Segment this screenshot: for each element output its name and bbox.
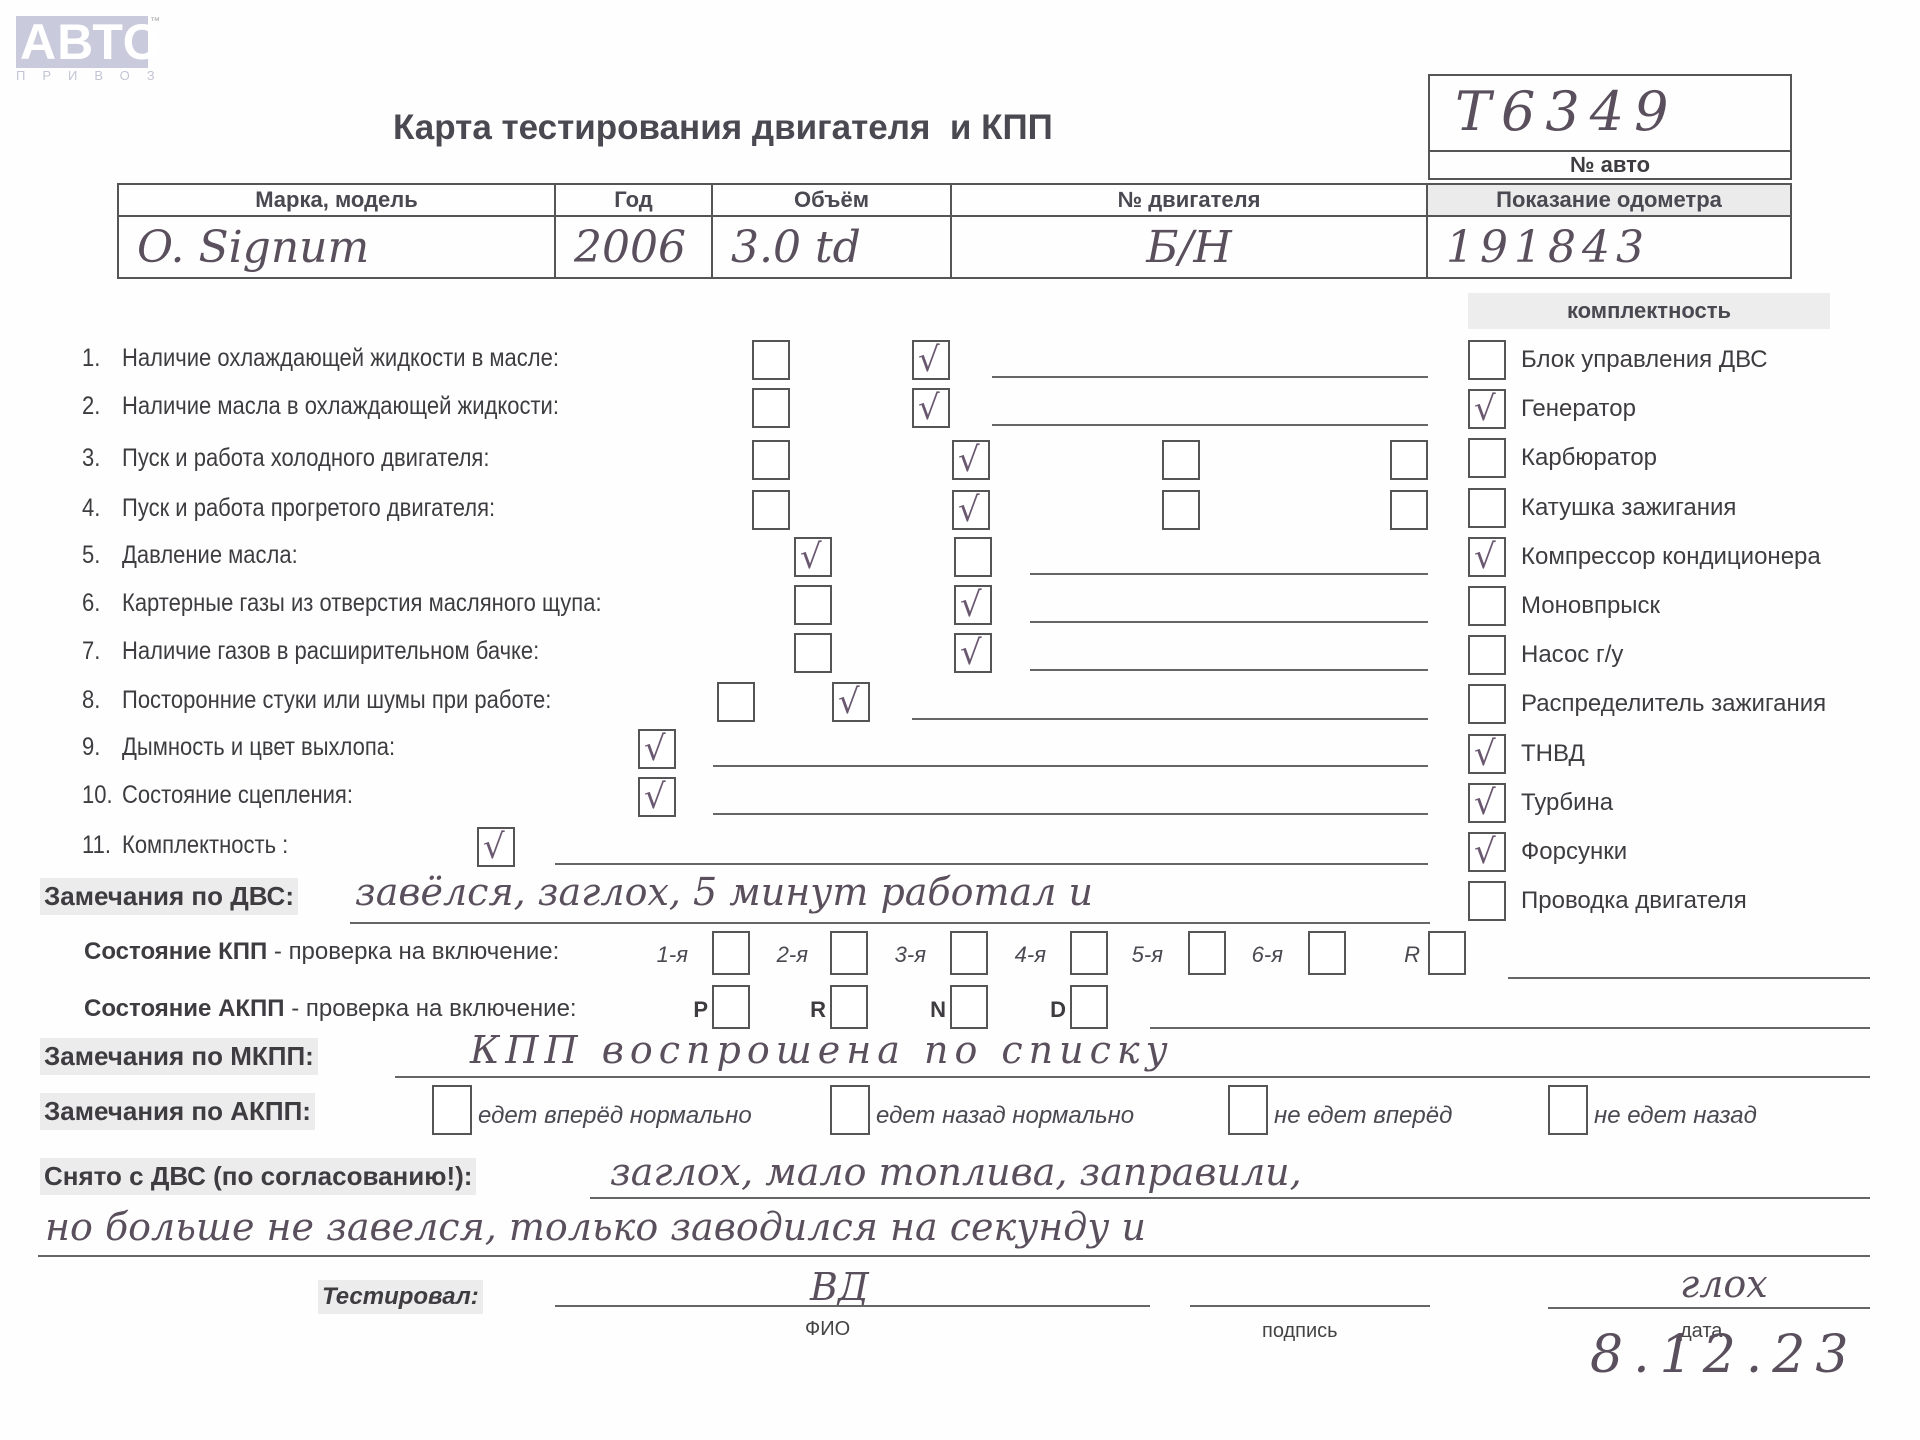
completeness-checkbox[interactable] [1468, 586, 1506, 626]
model-value: O. Signum [119, 222, 554, 273]
notes-line [713, 813, 1428, 815]
gear-checkbox[interactable] [712, 931, 750, 975]
remarks-manual-value[interactable]: КПП воспрошена по списку [470, 1028, 1174, 1072]
checklist-number: 2. [82, 392, 100, 421]
option-checkbox[interactable] [1162, 490, 1200, 530]
removed-line2-rule [38, 1255, 1870, 1257]
checklist-number: 11. [82, 831, 111, 860]
tester-date-value[interactable]: 8.12.23 [1590, 1325, 1858, 1385]
option-checkbox[interactable] [752, 340, 790, 380]
year-field[interactable]: 2006 [555, 216, 712, 278]
option-checkbox[interactable] [1390, 440, 1428, 480]
volume-field[interactable]: 3.0 td [712, 216, 951, 278]
completeness-checkbox[interactable] [1468, 389, 1506, 429]
completeness-label: Карбюратор [1521, 444, 1657, 472]
checklist-number: 8. [82, 686, 100, 715]
option-checkbox[interactable] [1162, 440, 1200, 480]
auto-remark-checkbox[interactable] [1228, 1085, 1268, 1135]
checklist-question: Картерные газы из отверстия масляного щу… [122, 589, 602, 618]
option-checkbox[interactable] [954, 585, 992, 625]
auto-remark-label: едет вперёд нормально [478, 1102, 752, 1130]
page-title: Карта тестирования двигателя и КПП [393, 108, 1053, 148]
checklist-question: Состояние сцепления: [122, 781, 353, 810]
removed-line1[interactable]: заглох, мало топлива, заправили, [610, 1150, 1302, 1194]
option-checkbox[interactable] [477, 827, 515, 867]
auto-gearbox-check-label: Состояние АКПП - проверка на включение: [84, 995, 577, 1023]
checklist-number: 3. [82, 444, 100, 473]
auto-remark-checkbox[interactable] [1548, 1085, 1588, 1135]
notes-line [555, 863, 1428, 865]
completeness-label: Моновпрыск [1521, 592, 1660, 620]
completeness-label: Насос г/у [1521, 641, 1623, 669]
checklist-question: Посторонние стуки или шумы при работе: [122, 686, 551, 715]
checklist-number: 5. [82, 541, 100, 570]
manual-gearbox-line [1508, 977, 1870, 979]
remarks-engine-line [350, 922, 1430, 924]
position-label: P [693, 997, 708, 1023]
checklist-question: Пуск и работа холодного двигателя: [122, 444, 489, 473]
checklist-number: 4. [82, 494, 100, 523]
tester-signature-line [1190, 1305, 1430, 1307]
option-checkbox[interactable] [638, 777, 676, 817]
gear-label: 5-я [1132, 942, 1163, 968]
gear-label: 3-я [895, 942, 926, 968]
checklist-number: 1. [82, 344, 100, 373]
completeness-checkbox[interactable] [1468, 537, 1506, 577]
gear-checkbox[interactable] [1308, 931, 1346, 975]
gear-label: R [1404, 942, 1420, 968]
removed-line3[interactable]: глох [1680, 1262, 1768, 1306]
volume-value: 3.0 td [713, 222, 950, 273]
gear-checkbox[interactable] [950, 931, 988, 975]
gear-checkbox[interactable] [830, 931, 868, 975]
gear-label: 6-я [1252, 942, 1283, 968]
column-header-year: Год [555, 184, 712, 216]
notes-line [1030, 669, 1428, 671]
notes-line [992, 424, 1428, 426]
option-checkbox[interactable] [952, 440, 990, 480]
completeness-checkbox[interactable] [1468, 684, 1506, 724]
engine-number-field[interactable]: Б/Н [951, 216, 1427, 278]
remarks-auto-label: Замечания по АКПП: [40, 1093, 315, 1130]
position-checkbox[interactable] [1070, 985, 1108, 1029]
removed-line1-rule [590, 1197, 1870, 1199]
completeness-checkbox[interactable] [1468, 340, 1506, 380]
position-label: N [930, 997, 946, 1023]
removed-label: Снято с ДВС (по согласованию!): [40, 1158, 476, 1195]
tester-fio-label: ФИО [805, 1318, 850, 1341]
odometer-value: 191843 [1428, 222, 1790, 273]
completeness-checkbox[interactable] [1468, 881, 1506, 921]
notes-line [992, 376, 1428, 378]
completeness-label: Блок управления ДВС [1521, 346, 1768, 374]
logo-subtitle: ПРИВОЗ [16, 68, 172, 83]
checklist-number: 9. [82, 733, 100, 762]
logo-trademark: ™ [150, 16, 160, 27]
auto-remark-label: едет назад нормально [876, 1102, 1134, 1130]
completeness-checkbox[interactable] [1468, 488, 1506, 528]
engine-number-value: Б/Н [952, 222, 1426, 273]
column-header-engine-number: № двигателя [951, 184, 1427, 216]
option-checkbox[interactable] [1390, 490, 1428, 530]
car-number-value: T6349 [1455, 80, 1678, 143]
remarks-engine-value[interactable]: завёлся, заглох, 5 минут работал и [355, 870, 1093, 914]
column-header-odometer: Показание одометра [1427, 184, 1791, 216]
completeness-label: Катушка зажигания [1521, 494, 1736, 522]
notes-line [713, 765, 1428, 767]
option-checkbox[interactable] [954, 633, 992, 673]
checklist-question: Пуск и работа прогретого двигателя: [122, 494, 495, 523]
completeness-label: Форсунки [1521, 838, 1627, 866]
option-checkbox[interactable] [717, 682, 755, 722]
tester-label: Тестировал: [318, 1280, 483, 1314]
completeness-label: ТНВД [1521, 740, 1585, 768]
position-label: R [810, 997, 826, 1023]
year-value: 2006 [556, 222, 711, 273]
completeness-label: Проводка двигателя [1521, 887, 1747, 915]
position-checkbox[interactable] [830, 985, 868, 1029]
completeness-checkbox[interactable] [1468, 438, 1506, 478]
completeness-checkbox[interactable] [1468, 832, 1506, 872]
tester-date-line [1548, 1307, 1870, 1309]
position-label: D [1050, 997, 1066, 1023]
notes-line [1030, 621, 1428, 623]
checklist-question: Наличие охлаждающей жидкости в масле: [122, 344, 559, 373]
checklist-question: Наличие газов в расширительном бачке: [122, 637, 539, 666]
completeness-checkbox[interactable] [1468, 734, 1506, 774]
option-checkbox[interactable] [912, 388, 950, 428]
gear-label: 2-я [777, 942, 808, 968]
checklist-question: Давление масла: [122, 541, 298, 570]
checklist-number: 6. [82, 589, 100, 618]
gear-checkbox[interactable] [1428, 931, 1466, 975]
car-number-label: № авто [1428, 152, 1792, 178]
model-field[interactable]: O. Signum [118, 216, 555, 278]
auto-remark-label: не едет назад [1594, 1102, 1757, 1130]
vehicle-info-table: Марка, модель Год Объём № двигателя Пока… [117, 183, 1792, 279]
checklist-question: Наличие масла в охлаждающей жидкости: [122, 392, 559, 421]
option-checkbox[interactable] [638, 729, 676, 769]
completeness-checkbox[interactable] [1468, 783, 1506, 823]
remarks-manual-label: Замечания по МКПП: [40, 1038, 318, 1075]
gear-checkbox[interactable] [1188, 931, 1226, 975]
notes-line [1030, 573, 1428, 575]
option-checkbox[interactable] [912, 340, 950, 380]
checklist-number: 10. [82, 781, 113, 810]
option-checkbox[interactable] [794, 633, 832, 673]
completeness-label: Компрессор кондиционера [1521, 543, 1821, 571]
auto-remark-label: не едет вперёд [1274, 1102, 1452, 1130]
option-checkbox[interactable] [752, 440, 790, 480]
gear-label: 4-я [1015, 942, 1046, 968]
completeness-label: Генератор [1521, 395, 1636, 423]
tester-signature-label: подпись [1262, 1320, 1338, 1343]
manual-gearbox-check-label: Состояние КПП - проверка на включение: [84, 938, 559, 966]
position-checkbox[interactable] [950, 985, 988, 1029]
completeness-label: Турбина [1521, 789, 1613, 817]
odometer-field[interactable]: 191843 [1427, 216, 1791, 278]
option-checkbox[interactable] [954, 537, 992, 577]
position-checkbox[interactable] [712, 985, 750, 1029]
auto-remark-checkbox[interactable] [432, 1085, 472, 1135]
option-checkbox[interactable] [794, 585, 832, 625]
column-header-model: Марка, модель [118, 184, 555, 216]
removed-line2[interactable]: но больше не завелся, только заводился н… [45, 1205, 1146, 1249]
option-checkbox[interactable] [752, 490, 790, 530]
option-checkbox[interactable] [752, 388, 790, 428]
checklist-number: 7. [82, 637, 100, 666]
auto-remark-checkbox[interactable] [830, 1085, 870, 1135]
remarks-manual-line [395, 1076, 1870, 1078]
checklist-question: Комплектность : [122, 831, 288, 860]
logo-text: АВТО [20, 13, 163, 71]
completeness-header: комплектность [1468, 293, 1830, 329]
option-checkbox[interactable] [952, 490, 990, 530]
completeness-checkbox[interactable] [1468, 635, 1506, 675]
gear-checkbox[interactable] [1070, 931, 1108, 975]
notes-line [912, 718, 1428, 720]
option-checkbox[interactable] [832, 682, 870, 722]
option-checkbox[interactable] [794, 537, 832, 577]
tester-fio-line [555, 1305, 1150, 1307]
column-header-volume: Объём [712, 184, 951, 216]
tester-fio-value[interactable]: ВД [810, 1265, 869, 1309]
completeness-label: Распределитель зажигания [1521, 690, 1826, 718]
auto-gearbox-line [1150, 1027, 1870, 1029]
gear-label: 1-я [657, 942, 688, 968]
remarks-engine-label: Замечания по ДВС: [40, 878, 298, 915]
checklist-question: Дымность и цвет выхлопа: [122, 733, 395, 762]
